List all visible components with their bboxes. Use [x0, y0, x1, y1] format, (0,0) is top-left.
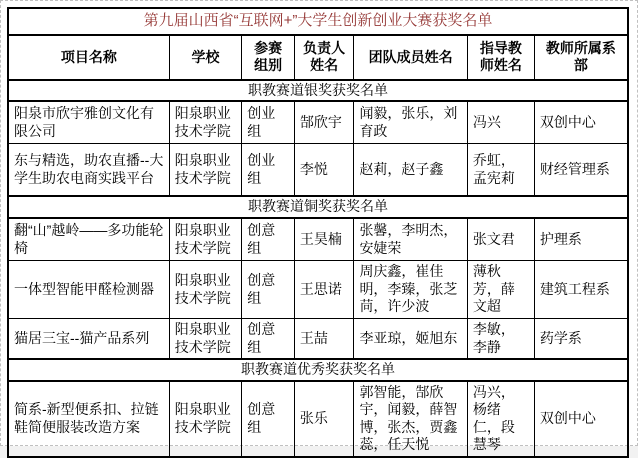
cell-department: 护理系 [534, 218, 628, 261]
cell-team-members: 赵莉，赵子鑫 [354, 143, 467, 196]
cell-group: 创业组 [242, 101, 295, 143]
cell-advisors: 冯兴 [467, 101, 534, 143]
cell-group: 创意组 [242, 218, 295, 261]
col-header-team-members: 团队成员姓名 [354, 35, 467, 80]
table-row: 东与精选，助农直播--大学生助农电商实践平台 阳泉职业技术学院 创业组 李悦 赵… [8, 143, 628, 196]
cell-department: 建筑工程系 [534, 261, 628, 319]
cell-department: 药学系 [534, 318, 628, 359]
cell-team-members: 周庆鑫，崔佳明，李臻，张芝苘，许少波 [354, 261, 467, 319]
section-title-silver: 职教赛道银奖获奖名单 [8, 80, 628, 102]
award-table: 第九届山西省“互联网+”大学生创新创业大赛获奖名单 项目名称 学校 参赛组别 负… [7, 7, 629, 458]
table-row: 简系-新型便系扣、拉链鞋简便服装改造方案 阳泉职业技术学院 创意组 张乐 郭智能… [8, 381, 628, 457]
col-header-department: 教师所属系部 [534, 35, 628, 80]
cell-team-members: 张馨，李明杰，安婕荣 [354, 218, 467, 261]
cell-leader: 李悦 [294, 143, 354, 196]
section-title-bronze: 职教赛道铜奖获奖名单 [8, 196, 628, 218]
section-row-bronze: 职教赛道铜奖获奖名单 [8, 196, 628, 218]
cell-school: 阳泉职业技术学院 [169, 261, 242, 319]
table-row: 一体型智能甲醛检测器 阳泉职业技术学院 创意组 王思诺 周庆鑫，崔佳明，李臻，张… [8, 261, 628, 319]
section-row-excellence: 职教赛道优秀奖获奖名单 [8, 359, 628, 381]
cell-project-name: 阳泉市欣宇雅创文化有限公司 [8, 101, 169, 143]
cell-advisors: 乔虹，孟宪莉 [467, 143, 534, 196]
cell-group: 创业组 [242, 143, 295, 196]
table-row: 猫居三宝--猫产品系列 阳泉职业技术学院 创意组 王喆 李亚琼，姬旭东 李敏，李… [8, 318, 628, 359]
section-row-silver: 职教赛道银奖获奖名单 [8, 80, 628, 102]
col-header-leader: 负责人姓名 [294, 35, 354, 80]
section-title-excellence: 职教赛道优秀奖获奖名单 [8, 359, 628, 381]
cell-group: 创意组 [242, 261, 295, 319]
cell-department: 财经管理系 [534, 143, 628, 196]
cell-advisors: 张文君 [467, 218, 534, 261]
document-page: 第九届山西省“互联网+”大学生创新创业大赛获奖名单 项目名称 学校 参赛组别 负… [0, 0, 638, 446]
cell-team-members: 闻毅，张乐，刘育政 [354, 101, 467, 143]
cell-school: 阳泉职业技术学院 [169, 101, 242, 143]
col-header-group: 参赛组别 [242, 35, 295, 80]
cell-leader: 王思诺 [294, 261, 354, 319]
cell-project-name: 东与精选，助农直播--大学生助农电商实践平台 [8, 143, 169, 196]
cell-team-members: 李亚琼，姬旭东 [354, 318, 467, 359]
cell-advisors: 李敏，李静 [467, 318, 534, 359]
cell-leader: 王昊楠 [294, 218, 354, 261]
col-header-advisors: 指导教师姓名 [467, 35, 534, 80]
cell-department: 双创中心 [534, 381, 628, 457]
cell-group: 创意组 [242, 318, 295, 359]
cell-project-name: 简系-新型便系扣、拉链鞋简便服装改造方案 [8, 381, 169, 457]
cell-advisors: 薄秋芳，薛文超 [467, 261, 534, 319]
cell-advisors: 冯兴，杨绪仁，段慧琴 [467, 381, 534, 457]
cell-school: 阳泉职业技术学院 [169, 143, 242, 196]
cell-project-name: 猫居三宝--猫产品系列 [8, 318, 169, 359]
table-row: 阳泉市欣宇雅创文化有限公司 阳泉职业技术学院 创业组 郜欣宇 闻毅，张乐，刘育政… [8, 101, 628, 143]
col-header-project-name: 项目名称 [8, 35, 169, 80]
cell-school: 阳泉职业技术学院 [169, 381, 242, 457]
cell-project-name: 翻“山”越岭——多功能轮椅 [8, 218, 169, 261]
cell-project-name: 一体型智能甲醛检测器 [8, 261, 169, 319]
cell-school: 阳泉职业技术学院 [169, 218, 242, 261]
col-header-school: 学校 [169, 35, 242, 80]
cell-leader: 王喆 [294, 318, 354, 359]
cell-department: 双创中心 [534, 101, 628, 143]
cell-group: 创意组 [242, 381, 295, 457]
cell-leader: 张乐 [294, 381, 354, 457]
cell-school: 阳泉职业技术学院 [169, 318, 242, 359]
header-row: 项目名称 学校 参赛组别 负责人姓名 团队成员姓名 指导教师姓名 教师所属系部 [8, 35, 628, 80]
document-title: 第九届山西省“互联网+”大学生创新创业大赛获奖名单 [8, 8, 628, 35]
table-row: 翻“山”越岭——多功能轮椅 阳泉职业技术学院 创意组 王昊楠 张馨，李明杰，安婕… [8, 218, 628, 261]
title-row: 第九届山西省“互联网+”大学生创新创业大赛获奖名单 [8, 8, 628, 35]
cell-leader: 郜欣宇 [294, 101, 354, 143]
cell-team-members: 郭智能，郜欣宇，闻毅，薛智博，张杰，贾鑫蕊，任天悦 [354, 381, 467, 457]
